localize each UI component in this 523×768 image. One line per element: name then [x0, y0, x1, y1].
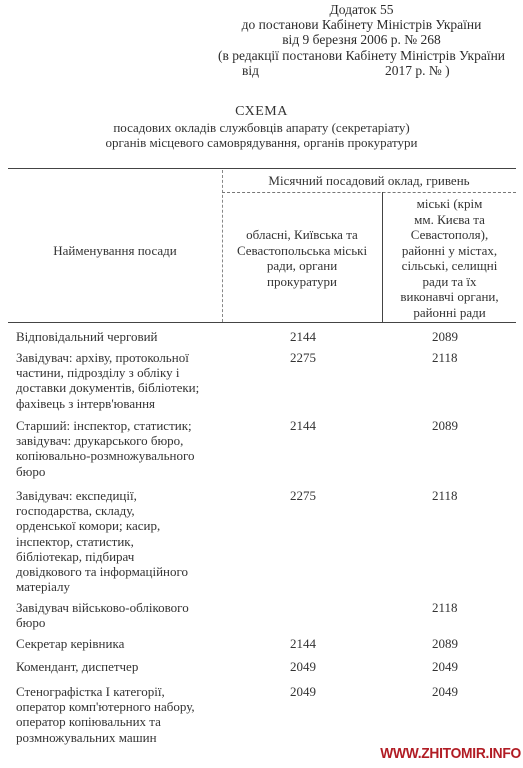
annex-header: Додаток 55 до постанови Кабінету Міністр… — [200, 2, 523, 78]
header-col-city-line: виконавчі органи, — [383, 289, 516, 305]
position-name-line: орденської комори; касир, — [16, 518, 231, 533]
position-name: Завідувач військово-обліковогобюро — [16, 600, 231, 630]
salary-city: 2089 — [432, 418, 458, 433]
position-name-line: Завідувач військово-облікового — [16, 600, 231, 615]
position-name-line: Завідувач: архіву, протокольної — [16, 350, 231, 365]
header-col-oblast: обласні, Київська таСевастопольська місь… — [222, 227, 382, 289]
header-col-city-line: районні у містах, — [383, 243, 516, 259]
position-name: Завідувач: архіву, протокольноїчастини, … — [16, 350, 231, 411]
position-name: Комендант, диспетчер — [16, 659, 231, 674]
annex-number: Додаток 55 — [200, 2, 523, 17]
position-name-line: частини, підрозділу з обліку і — [16, 365, 231, 380]
salary-city: 2118 — [432, 488, 458, 503]
position-name-line: Секретар керівника — [16, 636, 231, 651]
salary-city: 2118 — [432, 600, 458, 615]
salary-oblast: 2144 — [290, 418, 316, 433]
salary-oblast: 2049 — [290, 684, 316, 699]
position-name-line: господарства, складу, — [16, 503, 231, 518]
annex-revision-date-prefix: від — [242, 63, 259, 78]
position-name-line: Стенографістка I категорії, — [16, 684, 231, 699]
position-name-line: бюро — [16, 464, 231, 479]
position-name-line: оператор комп'ютерного набору, — [16, 699, 231, 714]
salary-city: 2089 — [432, 329, 458, 344]
header-col-city-line: ради та їх — [383, 274, 516, 290]
schema-subtitle-line2: органів місцевого самоврядування, органі… — [0, 135, 523, 150]
salary-oblast: 2144 — [290, 329, 316, 344]
position-name-line: доставки документів, бібліотеки; — [16, 380, 231, 395]
position-name-line: інспектор, статистик, — [16, 534, 231, 549]
table-header-bottom-rule — [8, 322, 516, 323]
header-col-oblast-line: обласні, Київська та — [222, 227, 382, 243]
position-name-line: довідкового та інформаційного — [16, 564, 231, 579]
salary-oblast: 2275 — [290, 350, 316, 365]
position-name-line: фахівець з інтерв'ювання — [16, 396, 231, 411]
header-col-city: міські (кріммм. Києва таСевастополя),рай… — [383, 196, 516, 320]
position-name-line: Старший: інспектор, статистик; — [16, 418, 231, 433]
position-name-line: оператор копіювальних та — [16, 714, 231, 729]
position-name-line: розмножувальних машин — [16, 730, 231, 745]
table-top-rule — [8, 168, 516, 169]
header-col-city-line: Севастополя), — [383, 227, 516, 243]
schema-heading: СХЕМА — [0, 104, 523, 119]
salary-oblast: 2144 — [290, 636, 316, 651]
position-name-line: завідувач: друкарського бюро, — [16, 433, 231, 448]
position-name: Секретар керівника — [16, 636, 231, 651]
position-name-line: матеріалу — [16, 579, 231, 594]
position-name-line: Завідувач: експедиції, — [16, 488, 231, 503]
position-name-line: Відповідальний черговий — [16, 329, 231, 344]
salary-city: 2049 — [432, 684, 458, 699]
schema-subtitle-line1: посадових окладів службовців апарату (се… — [0, 120, 523, 135]
salary-oblast: 2275 — [290, 488, 316, 503]
header-col-city-line: мм. Києва та — [383, 212, 516, 228]
document-title: СХЕМА посадових окладів службовців апара… — [0, 104, 523, 150]
position-name-line: бюро — [16, 615, 231, 630]
header-col-oblast-line: ради, органи — [222, 258, 382, 274]
annex-date: від 9 березня 2006 р. № 268 — [200, 32, 523, 47]
header-col-city-line: міські (крім — [383, 196, 516, 212]
header-position-name: Найменування посади — [8, 243, 222, 259]
position-name: Стенографістка I категорії,оператор комп… — [16, 684, 231, 745]
annex-revision-date-value: 2017 р. № ) — [385, 63, 450, 78]
annex-revision: (в редакції постанови Кабінету Міністрів… — [200, 48, 523, 63]
header-col-oblast-line: Севастопольська міські — [222, 243, 382, 259]
position-name-line: Комендант, диспетчер — [16, 659, 231, 674]
position-name-line: копіювально-розмножувального — [16, 448, 231, 463]
header-col-city-line: сільські, селищні — [383, 258, 516, 274]
header-salary-group: Місячний посадовий оклад, гривень — [222, 173, 516, 189]
position-name: Завідувач: експедиції,господарства, скла… — [16, 488, 231, 594]
site-watermark: WWW.ZHITOMIR.INFO — [380, 745, 521, 762]
salary-group-rule — [222, 192, 516, 193]
position-name-line: бібліотекар, підбирач — [16, 549, 231, 564]
annex-revision-date: від 2017 р. № ) — [200, 63, 523, 78]
annex-resolution: до постанови Кабінету Міністрів України — [200, 17, 523, 32]
salary-city: 2089 — [432, 636, 458, 651]
salary-city: 2118 — [432, 350, 458, 365]
salary-oblast: 2049 — [290, 659, 316, 674]
salary-city: 2049 — [432, 659, 458, 674]
position-name: Старший: інспектор, статистик;завідувач:… — [16, 418, 231, 479]
position-name: Відповідальний черговий — [16, 329, 231, 344]
header-col-city-line: районні ради — [383, 305, 516, 321]
header-col-oblast-line: прокуратури — [222, 274, 382, 290]
